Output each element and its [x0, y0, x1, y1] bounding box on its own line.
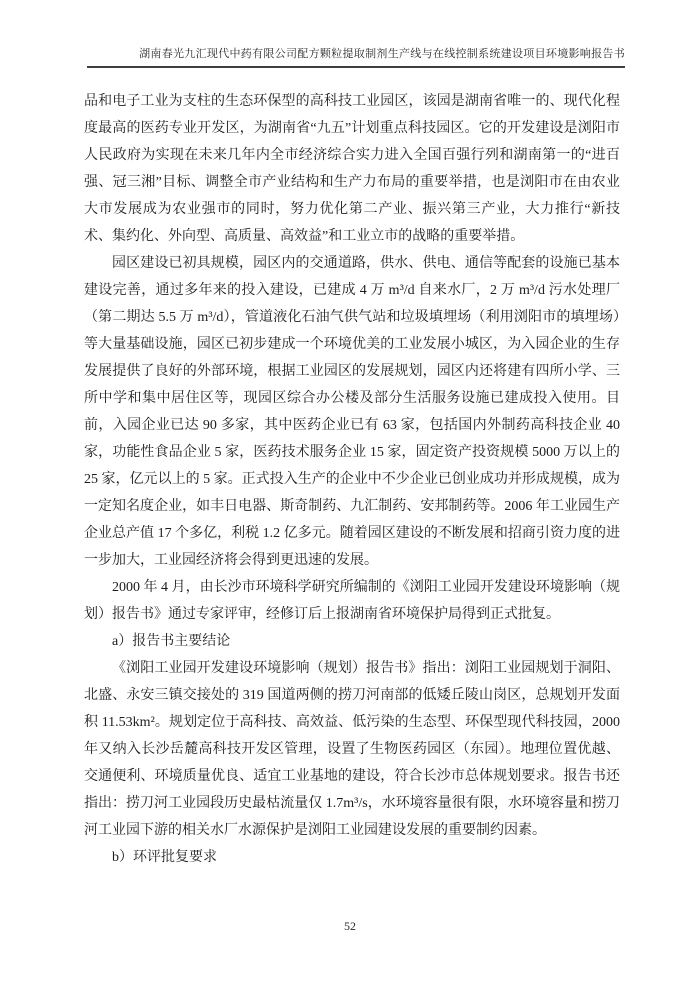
paragraph-industrial-park-intro: 品和电子工业为支柱的生态环保型的高科技工业园区，该园是湖南省唯一的、现代化程度最… [84, 88, 620, 250]
section-heading-b-eia-reply-requirements: b）环评批复要求 [84, 844, 620, 871]
page-number: 52 [344, 919, 356, 933]
paragraph-eia-approval: 2000 年 4 月，由长沙市环境科学研究所编制的《浏阳工业园开发建设环境影响（… [84, 574, 620, 628]
section-heading-a-report-conclusions: a）报告书主要结论 [84, 628, 620, 655]
report-page: 湖南春光九汇现代中药有限公司配方颗粒提取制剂生产线与在线控制系统建设项目环境影响… [0, 0, 700, 989]
document-body: 品和电子工业为支柱的生态环保型的高科技工业园区，该园是湖南省唯一的、现代化程度最… [84, 88, 620, 871]
page-header: 湖南春光九汇现代中药有限公司配方颗粒提取制剂生产线与在线控制系统建设项目环境影响… [87, 0, 625, 68]
paragraph-park-infrastructure: 园区建设已初具规模，园区内的交通道路，供水、供电、通信等配套的设施已基本建设完善… [84, 250, 620, 574]
page-header-title: 湖南春光九汇现代中药有限公司配方颗粒提取制剂生产线与在线控制系统建设项目环境影响… [139, 48, 625, 60]
paragraph-report-conclusion-detail: 《浏阳工业园开发建设环境影响（规划）报告书》指出：浏阳工业园规划于洞阳、北盛、永… [84, 655, 620, 844]
page-footer: 52 [0, 919, 700, 934]
